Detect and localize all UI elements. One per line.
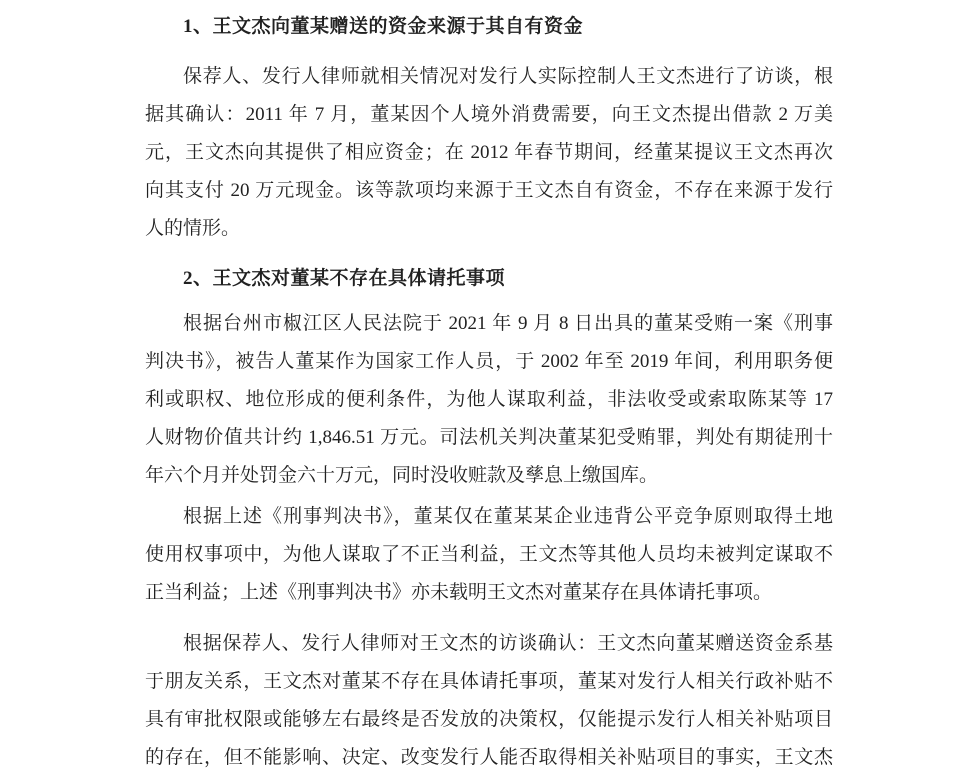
paragraph-line: 具有审批权限或能够左右最终是否发放的决策权，仅能提示发行人相关补贴项目 bbox=[145, 701, 833, 739]
paragraph-line: 于朋友关系，王文杰对董某不存在具体请托事项，董某对发行人相关行政补贴不 bbox=[145, 663, 833, 701]
section-2-paragraph-1: 根据台州市椒江区人民法院于 2021 年 9 月 8 日出具的董某受贿一案《刑事… bbox=[145, 305, 833, 495]
paragraph-line: 利或职权、地位形成的便利条件，为他人谋取利益，非法收受或索取陈某等 17 bbox=[145, 381, 833, 419]
content-area: 1、王文杰向董某赠送的资金来源于其自有资金 保荐人、发行人律师就相关情况对发行人… bbox=[145, 8, 833, 777]
document-page: 1、王文杰向董某赠送的资金来源于其自有资金 保荐人、发行人律师就相关情况对发行人… bbox=[0, 0, 960, 780]
paragraph-line: 根据保荐人、发行人律师对王文杰的访谈确认：王文杰向董某赠送资金系基 bbox=[145, 625, 833, 663]
section-1-paragraph-1: 保荐人、发行人律师就相关情况对发行人实际控制人王文杰进行了访谈，根 据其确认：2… bbox=[145, 58, 833, 248]
paragraph-line: 的存在，但不能影响、决定、改变发行人能否取得相关补贴项目的事实，王文杰 bbox=[145, 739, 833, 777]
paragraph-line: 年六个月并处罚金六十万元，同时没收赃款及孳息上缴国库。 bbox=[145, 457, 833, 495]
paragraph-line: 根据台州市椒江区人民法院于 2021 年 9 月 8 日出具的董某受贿一案《刑事 bbox=[145, 305, 833, 343]
paragraph-line: 保荐人、发行人律师就相关情况对发行人实际控制人王文杰进行了访谈，根 bbox=[145, 58, 833, 96]
paragraph-line: 向其支付 20 万元现金。该等款项均来源于王文杰自有资金，不存在来源于发行 bbox=[145, 172, 833, 210]
section-1-heading: 1、王文杰向董某赠送的资金来源于其自有资金 bbox=[145, 8, 833, 46]
section-2-paragraph-3: 根据保荐人、发行人律师对王文杰的访谈确认：王文杰向董某赠送资金系基 于朋友关系，… bbox=[145, 625, 833, 777]
paragraph-line: 元，王文杰向其提供了相应资金；在 2012 年春节期间，经董某提议王文杰再次 bbox=[145, 134, 833, 172]
paragraph-line: 人财物价值共计约 1,846.51 万元。司法机关判决董某犯受贿罪，判处有期徒刑… bbox=[145, 419, 833, 457]
paragraph-line: 正当利益；上述《刑事判决书》亦未载明王文杰对董某存在具体请托事项。 bbox=[145, 574, 833, 612]
paragraph-line: 根据上述《刑事判决书》，董某仅在董某某企业违背公平竞争原则取得土地 bbox=[145, 498, 833, 536]
paragraph-line: 使用权事项中，为他人谋取了不正当利益，王文杰等其他人员均未被判定谋取不 bbox=[145, 536, 833, 574]
paragraph-line: 判决书》，被告人董某作为国家工作人员，于 2002 年至 2019 年间，利用职… bbox=[145, 343, 833, 381]
paragraph-line: 据其确认：2011 年 7 月，董某因个人境外消费需要，向王文杰提出借款 2 万… bbox=[145, 96, 833, 134]
section-2-paragraph-2: 根据上述《刑事判决书》，董某仅在董某某企业违背公平竞争原则取得土地 使用权事项中… bbox=[145, 498, 833, 612]
section-2-heading: 2、王文杰对董某不存在具体请托事项 bbox=[145, 260, 833, 298]
paragraph-line: 人的情形。 bbox=[145, 210, 833, 248]
